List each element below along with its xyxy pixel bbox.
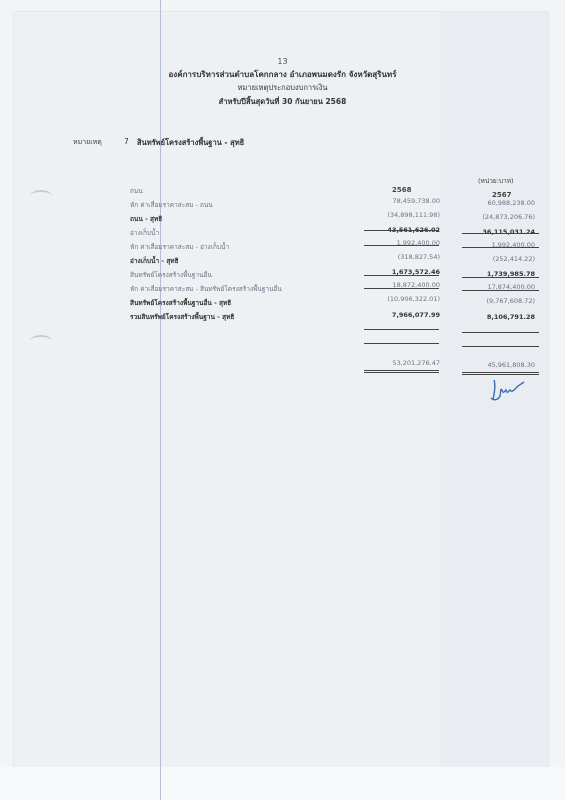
table-row: รวมสินทรัพย์โครงสร้างพื้นฐาน - สุทธิ7,96…	[0, 312, 565, 324]
rule	[462, 332, 539, 333]
rule	[364, 329, 439, 330]
signature-icon	[488, 378, 528, 404]
table-row: ถนน - สุทธิ(34,898,111.98)(24,873,206.76…	[0, 214, 565, 226]
row-label: หัก ค่าเสื่อมราคาสะสม - สินทรัพย์โครงสร้…	[130, 284, 282, 294]
rule	[462, 277, 539, 278]
table-row: หัก ค่าเสื่อมราคาสะสม - ถนน78,459,738.00…	[0, 200, 565, 212]
row-label: หัก ค่าเสื่อมราคาสะสม - อ่างเก็บน้ำ	[130, 242, 229, 252]
value-2567: (24,873,206.76)	[482, 213, 535, 221]
note-number: 7	[124, 137, 129, 146]
rule	[364, 343, 439, 344]
total-2568: 53,201,276.47	[392, 359, 440, 367]
table-row: สินทรัพย์โครงสร้างพื้นฐานอื่น1,673,572.4…	[0, 270, 565, 282]
organization-name: องค์การบริหารส่วนตำบลโคกกลาง อำเภอพนมดงร…	[0, 68, 565, 81]
note-label: หมายเหตุ	[73, 137, 102, 148]
table-row: อ่างเก็บน้ำ - สุทธิ(318,827.54)(252,414.…	[0, 256, 565, 268]
rule	[364, 275, 439, 276]
value-2567: 36,115,031.24	[482, 228, 535, 236]
value-2567: (9,767,608.72)	[487, 297, 536, 305]
fold-line	[160, 0, 161, 800]
row-label: อ่างเก็บน้ำ - สุทธิ	[130, 256, 179, 266]
table-row: ถนน	[0, 186, 565, 198]
unit-label: (หน่วย:บาท)	[478, 176, 514, 186]
table-row: อ่างเก็บน้ำ43,561,626.0236,115,031.24	[0, 228, 565, 240]
document-title: หมายเหตุประกอบงบการเงิน	[0, 82, 565, 94]
row-label: สินทรัพย์โครงสร้างพื้นฐานอื่น - สุทธิ	[130, 298, 231, 308]
value-2568: (10,906,322.01)	[387, 295, 440, 303]
row-label: สินทรัพย์โครงสร้างพื้นฐานอื่น	[130, 270, 212, 280]
table-row: หัก ค่าเสื่อมราคาสะสม - อ่างเก็บน้ำ1,992…	[0, 242, 565, 254]
total-row: 53,201,276.47 45,961,808.30	[0, 359, 565, 371]
value-2568: 7,966,077.99	[392, 311, 440, 319]
rule	[462, 346, 539, 347]
rule	[364, 230, 439, 231]
row-label: ถนน	[130, 186, 143, 196]
value-2567: 8,106,791.28	[487, 313, 535, 321]
double-rule	[364, 370, 439, 373]
total-2567: 45,961,808.30	[487, 361, 535, 369]
row-label: ถนน - สุทธิ	[130, 214, 162, 224]
value-2568: (318,827.54)	[398, 253, 440, 261]
double-rule	[462, 372, 539, 375]
rule	[364, 245, 439, 246]
value-2567: 60,988,238.00	[487, 199, 535, 207]
row-label: รวมสินทรัพย์โครงสร้างพื้นฐาน - สุทธิ	[130, 312, 234, 322]
page-number: 13	[0, 57, 565, 66]
punch-hole-icon	[30, 335, 52, 347]
period-label: สำหรับปีสิ้นสุดวันที่ 30 กันยายน 2568	[0, 96, 565, 108]
scan-margin	[0, 767, 565, 800]
note-title: สินทรัพย์โครงสร้างพื้นฐาน - สุทธิ	[137, 137, 244, 149]
rule	[462, 233, 539, 234]
value-2568: (34,898,111.98)	[387, 211, 440, 219]
value-2568: 78,459,738.00	[392, 197, 440, 205]
value-2567: (252,414.22)	[493, 255, 535, 263]
row-label: หัก ค่าเสื่อมราคาสะสม - ถนน	[130, 200, 213, 210]
rule	[462, 290, 539, 291]
row-label: อ่างเก็บน้ำ	[130, 228, 159, 238]
rule	[462, 247, 539, 248]
rule	[364, 288, 439, 289]
table-row: สินทรัพย์โครงสร้างพื้นฐานอื่น - สุทธิ(10…	[0, 298, 565, 310]
